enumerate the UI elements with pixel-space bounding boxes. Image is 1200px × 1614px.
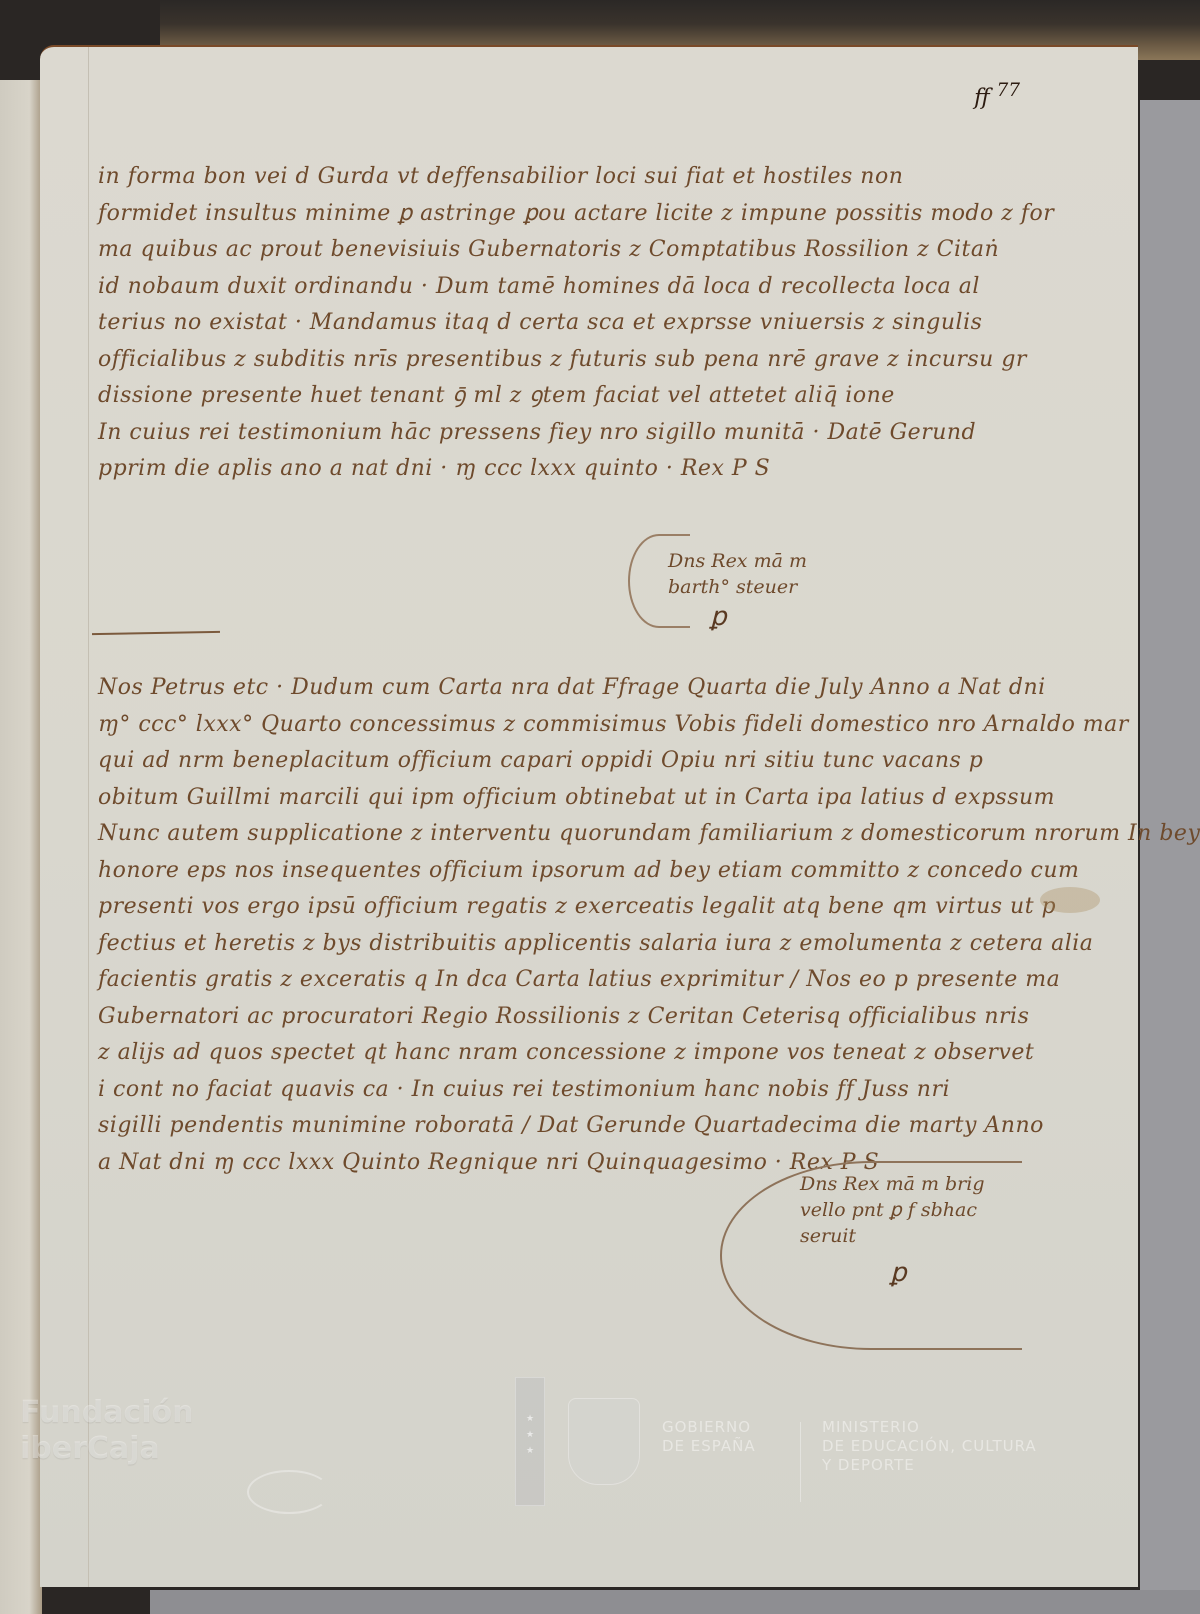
text-line: facientis gratis z exceratis q In dca Ca… [98,962,1200,999]
signature-line: seruit [800,1223,985,1249]
ink-stain [1040,887,1100,913]
text-line: obitum Guillmi marcili qui ipm officium … [98,780,1200,817]
star-icon: ★ [516,1446,544,1456]
folio-mark: ff [974,85,990,110]
ministerio-watermark: MINISTERIO DE EDUCACIÓN, CULTURA Y DEPOR… [822,1418,1037,1475]
text-block-1: in forma bon vei d Gurda vt deffensabili… [98,159,1054,488]
text-line: officialibus z subditis nrīs presentibus… [98,342,1054,379]
watermark-line: iberCaja [20,1431,193,1467]
text-line: fectius et heretis z bys distribuitis ap… [98,926,1200,963]
text-line: ma quibus ac prout benevisiuis Gubernato… [98,232,1054,269]
text-line: honore eps nos insequentes officium ipso… [98,853,1200,890]
star-icon: ★ [516,1430,544,1440]
text-line: in forma bon vei d Gurda vt deffensabili… [98,159,1054,196]
text-block-2: Nos Petrus etc · Dudum cum Carta nra dat… [98,670,1200,1181]
gobierno-espana-watermark: GOBIERNO DE ESPAÑA [662,1418,756,1456]
margin-rule [88,47,89,1587]
watermark-line: DE ESPAÑA [662,1437,756,1456]
coat-of-arms-icon [568,1398,640,1485]
separator-stroke [92,631,220,635]
watermark-line: DE EDUCACIÓN, CULTURA [822,1437,1037,1456]
folio-number-value: 77 [997,80,1020,101]
text-line: id nobaum duxit ordinandu · Dum tamē hom… [98,269,1054,306]
text-line: Nos Petrus etc · Dudum cum Carta nra dat… [98,670,1200,707]
signature-line: vello pnt ꝑ f sbhac [800,1197,985,1223]
watermark-divider [800,1422,801,1502]
signature-line: Dns Rex mā m [668,548,807,574]
signature-block-1: Dns Rex mā m barth° steuer ꝑ [648,542,858,647]
manuscript-page: ff 77 in forma bon vei d Gurda vt deffen… [40,45,1138,1587]
text-line: Nunc autem supplicatione z interventu qu… [98,816,1200,853]
text-line: Gubernatori ac procuratori Regio Rossili… [98,999,1200,1036]
star-icon: ★ [516,1414,544,1424]
watermark-line: Fundación [20,1395,193,1431]
backing-board-bottom [150,1590,1200,1614]
folio-number: ff 77 [974,80,1020,110]
watermark-line: Y DEPORTE [822,1456,1037,1475]
signature-line: barth° steuer [668,574,807,600]
text-line: z alijs ad quos spectet qt hanc nram con… [98,1035,1200,1072]
signature-block-2: Dns Rex mā m brig vello pnt ꝑ f sbhac se… [730,1165,1070,1355]
text-line: sigilli pendentis munimine roboratā / Da… [98,1108,1200,1145]
watermark-line: MINISTERIO [822,1418,1037,1437]
text-line: ɱ° ccc° lxxx° Quarto concessimus z commi… [98,707,1200,744]
text-line: In cuius rei testimonium hāc pressens fi… [98,415,1054,452]
text-line: dissione presente huet tenant ꝯ̄ ml z ꝯt… [98,378,1054,415]
text-line: i cont no faciat quavis ca · In cuius re… [98,1072,1200,1109]
facing-page-edge [0,80,42,1614]
text-line: formidet insultus minime ꝑ astringe ꝑou … [98,196,1054,233]
text-line: qui ad nrm beneplacitum officium capari … [98,743,1200,780]
watermark-line: GOBIERNO [662,1418,756,1437]
text-line: presenti vos ergo ipsū officium regatis … [98,889,1200,926]
ibercaja-logo-icon [247,1470,331,1514]
spain-flag-icon: ★ ★ ★ [515,1377,545,1506]
text-line: terius no existat · Mandamus itaq d cert… [98,305,1054,342]
signature-line: Dns Rex mā m brig [800,1171,985,1197]
paraph-mark: ꝑ [710,604,727,630]
paraph-mark: ꝑ [890,1260,907,1286]
fundacion-ibercaja-watermark: Fundación iberCaja [20,1395,193,1467]
text-line: pprim die aplis ano a nat dni · ɱ ccc lx… [98,451,1054,488]
